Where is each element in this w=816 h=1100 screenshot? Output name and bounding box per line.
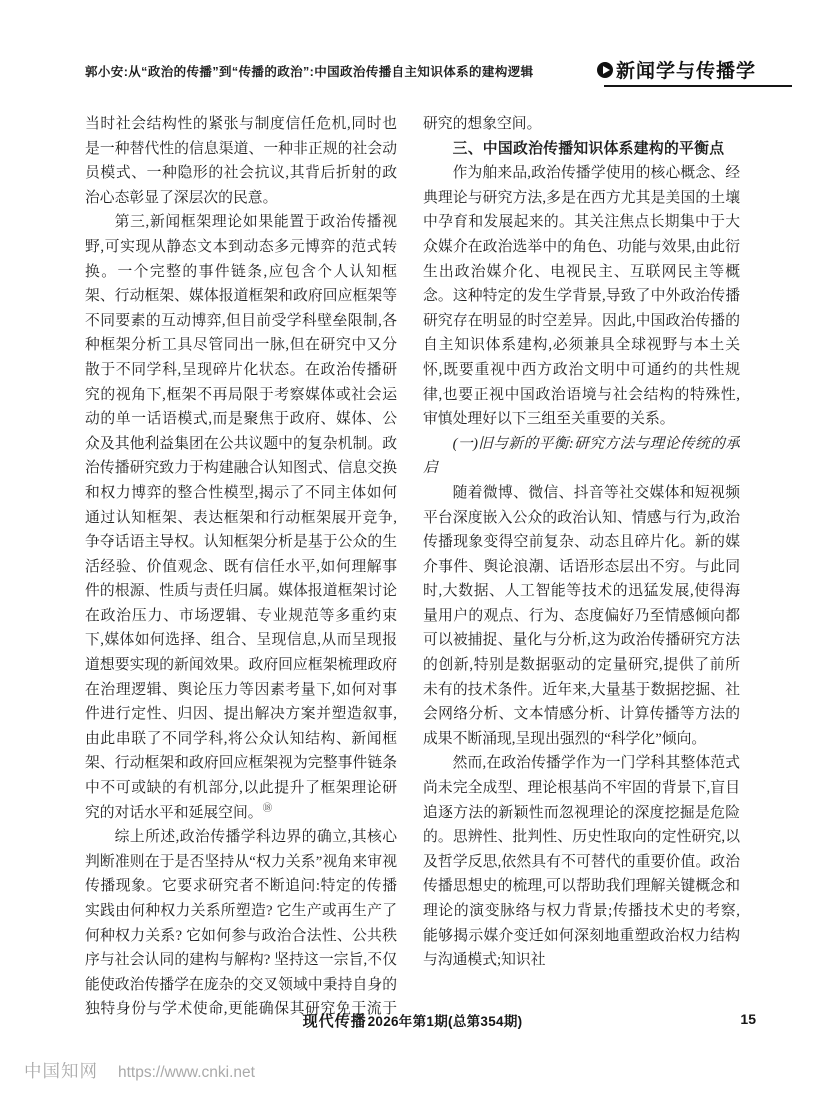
footer-issue-info: 2026年第1期(总第354期) (368, 1014, 523, 1029)
section-logo: 新闻学与传播学 (597, 56, 756, 83)
running-title: 郭小安:从“政治的传播”到“传播的政治”:中国政治传播自主知识体系的建构逻辑 (85, 62, 585, 80)
section-heading: 三、中国政治传播知识体系建构的平衡点 (423, 137, 740, 162)
footnote-marker: ⑱ (263, 804, 273, 814)
paragraph: 然而,在政治传播学作为一门学科其整体范式尚未完全成型、理论根基尚不牢固的背景下,… (423, 751, 740, 972)
column-left: 当时社会结构性的紧张与制度信任危机,同时也是一种替代性的信息渠道、一种非正规的社… (85, 112, 397, 1017)
subsection-heading: (一)旧与新的平衡:研究方法与理论传统的承启 (423, 432, 740, 481)
paragraph: 随着微博、微信、抖音等社交媒体和短视频平台深度嵌入公众的政治认知、情感与行为,政… (423, 481, 740, 752)
section-logo-label: 新闻学与传播学 (616, 56, 756, 83)
paragraph: 作为舶来品,政治传播学使用的核心概念、经典理论与研究方法,多是在西方尤其是美国的… (423, 161, 740, 432)
watermark-site-url: https://www.cnki.net (118, 1064, 255, 1082)
footer: 现代传播2026年第1期(总第354期) (85, 1010, 740, 1031)
footer-journal-name: 现代传播 (303, 1013, 367, 1030)
paragraph: 第三,新闻框架理论如果能置于政治传播视野,可实现从静态文本到动态多元博弈的范式转… (85, 210, 397, 825)
paragraph-text: 第三,新闻框架理论如果能置于政治传播视野,可实现从静态文本到动态多元博弈的范式转… (85, 214, 397, 820)
paragraph: 综上所述,政治传播学科边界的确立,其核心判断准则在于是否坚持从“权力关系”视角来… (85, 825, 397, 1017)
column-right: 研究的想象空间。 三、中国政治传播知识体系建构的平衡点 作为舶来品,政治传播学使… (423, 112, 740, 1017)
cnki-watermark: 中国知网 https://www.cnki.net (24, 1058, 255, 1083)
play-circle-icon (597, 62, 613, 78)
journal-page: 郭小安:从“政治的传播”到“传播的政治”:中国政治传播自主知识体系的建构逻辑 新… (0, 0, 816, 1100)
paragraph: 当时社会结构性的紧张与制度信任危机,同时也是一种替代性的信息渠道、一种非正规的社… (85, 112, 397, 210)
watermark-site-name: 中国知网 (24, 1058, 98, 1083)
paragraph: 研究的想象空间。 (423, 112, 740, 137)
article-body: 当时社会结构性的紧张与制度信任危机,同时也是一种替代性的信息渠道、一种非正规的社… (85, 112, 740, 1017)
header-rule (604, 85, 792, 87)
footer-page-number: 15 (740, 1011, 756, 1027)
